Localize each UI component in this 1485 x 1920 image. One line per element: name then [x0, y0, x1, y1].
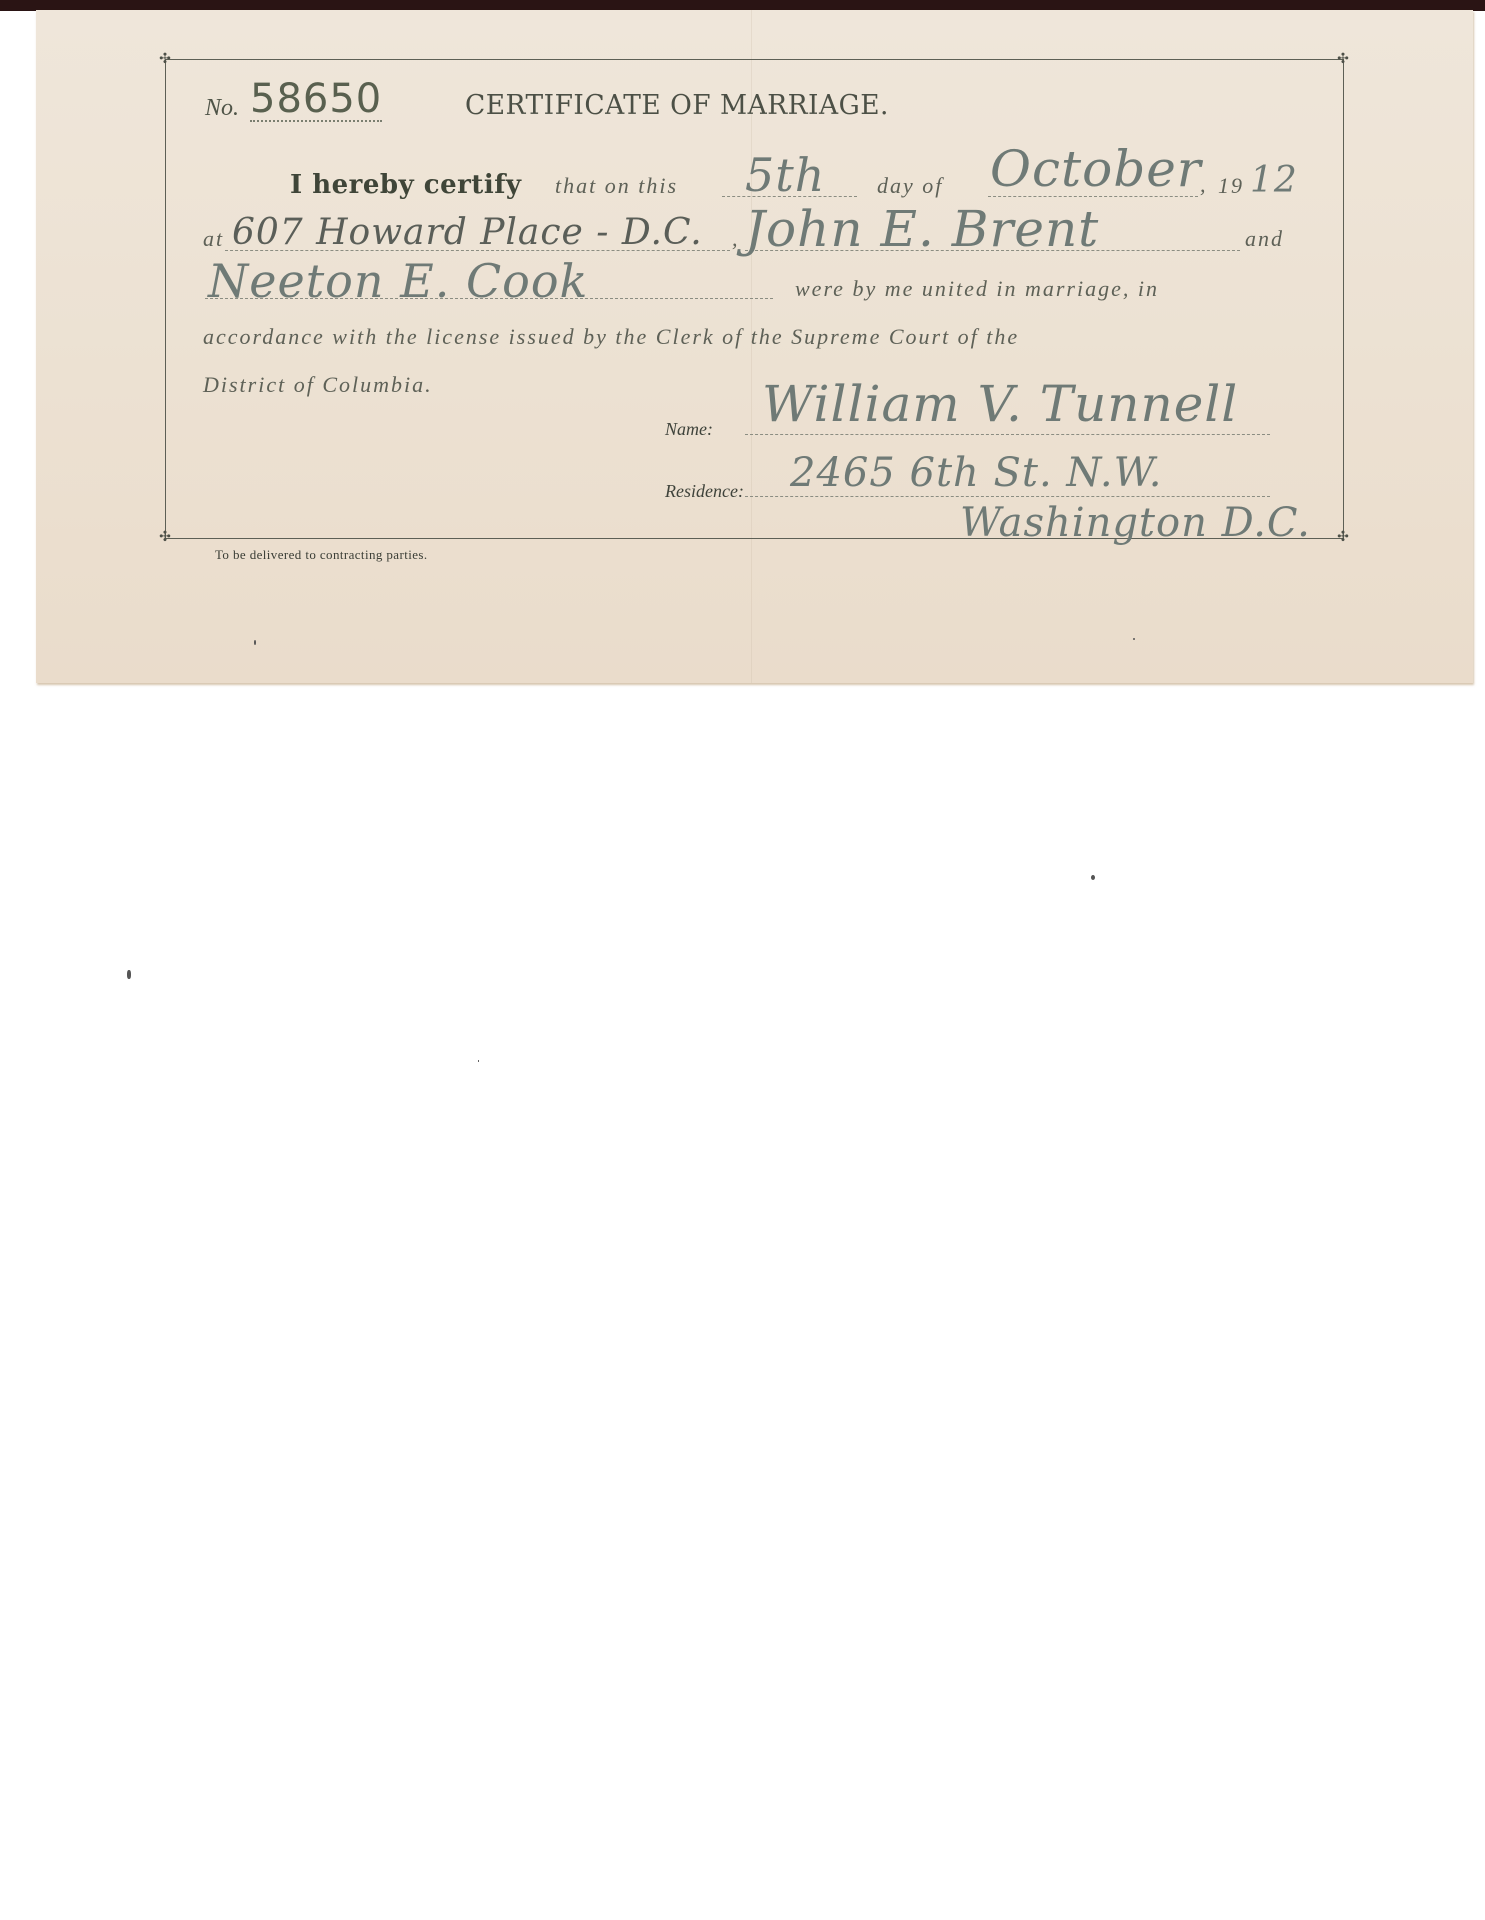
year-prefix: 19 — [1218, 173, 1244, 199]
residence-handwritten-line1: 2465 6th St. N.W. — [790, 450, 1162, 496]
scan-speck — [1091, 875, 1095, 880]
name-label: Name: — [665, 419, 713, 440]
opening-phrase: I hereby certify — [290, 170, 522, 200]
month-handwritten: October — [990, 140, 1202, 198]
text-day-of: day of — [877, 173, 943, 199]
certificate-title: CERTIFICATE OF MARRIAGE. — [465, 90, 889, 121]
scan-speck — [127, 970, 131, 979]
scan-speck — [1133, 638, 1135, 640]
scan-speck — [478, 1060, 479, 1062]
text-district: District of Columbia. — [203, 372, 433, 398]
groom-handwritten: John E. Brent — [745, 200, 1099, 258]
number-label: No. — [205, 95, 239, 122]
residence-line — [745, 496, 1270, 497]
footer-note: To be delivered to contracting parties. — [215, 547, 428, 563]
officiant-signature: William V. Tunnell — [762, 375, 1238, 433]
residence-handwritten-line2: Washington D.C. — [960, 500, 1311, 546]
day-handwritten: 5th — [745, 148, 825, 202]
year-handwritten: 12 — [1250, 160, 1298, 201]
text-that-on-this: that on this — [555, 173, 678, 199]
text-and: and — [1245, 226, 1284, 252]
scan-speck — [254, 640, 256, 645]
residence-label: Residence: — [665, 481, 744, 502]
corner-ornament-icon: ✣ — [1336, 52, 1350, 66]
name-line — [745, 434, 1270, 435]
bride-handwritten: Neeton E. Cook — [208, 254, 588, 308]
corner-ornament-icon: ✣ — [158, 530, 172, 544]
place-handwritten: 607 Howard Place - D.C. — [232, 212, 703, 253]
corner-ornament-icon: ✣ — [1336, 530, 1350, 544]
corner-ornament-icon: ✣ — [158, 52, 172, 66]
text-license: accordance with the license issued by th… — [203, 324, 1019, 350]
text-comma-2: , — [732, 226, 740, 252]
text-united: were by me united in marriage, in — [795, 276, 1159, 302]
text-at: at — [203, 226, 224, 252]
text-comma: , — [1200, 172, 1208, 198]
certificate-number: 58650 — [250, 78, 382, 122]
